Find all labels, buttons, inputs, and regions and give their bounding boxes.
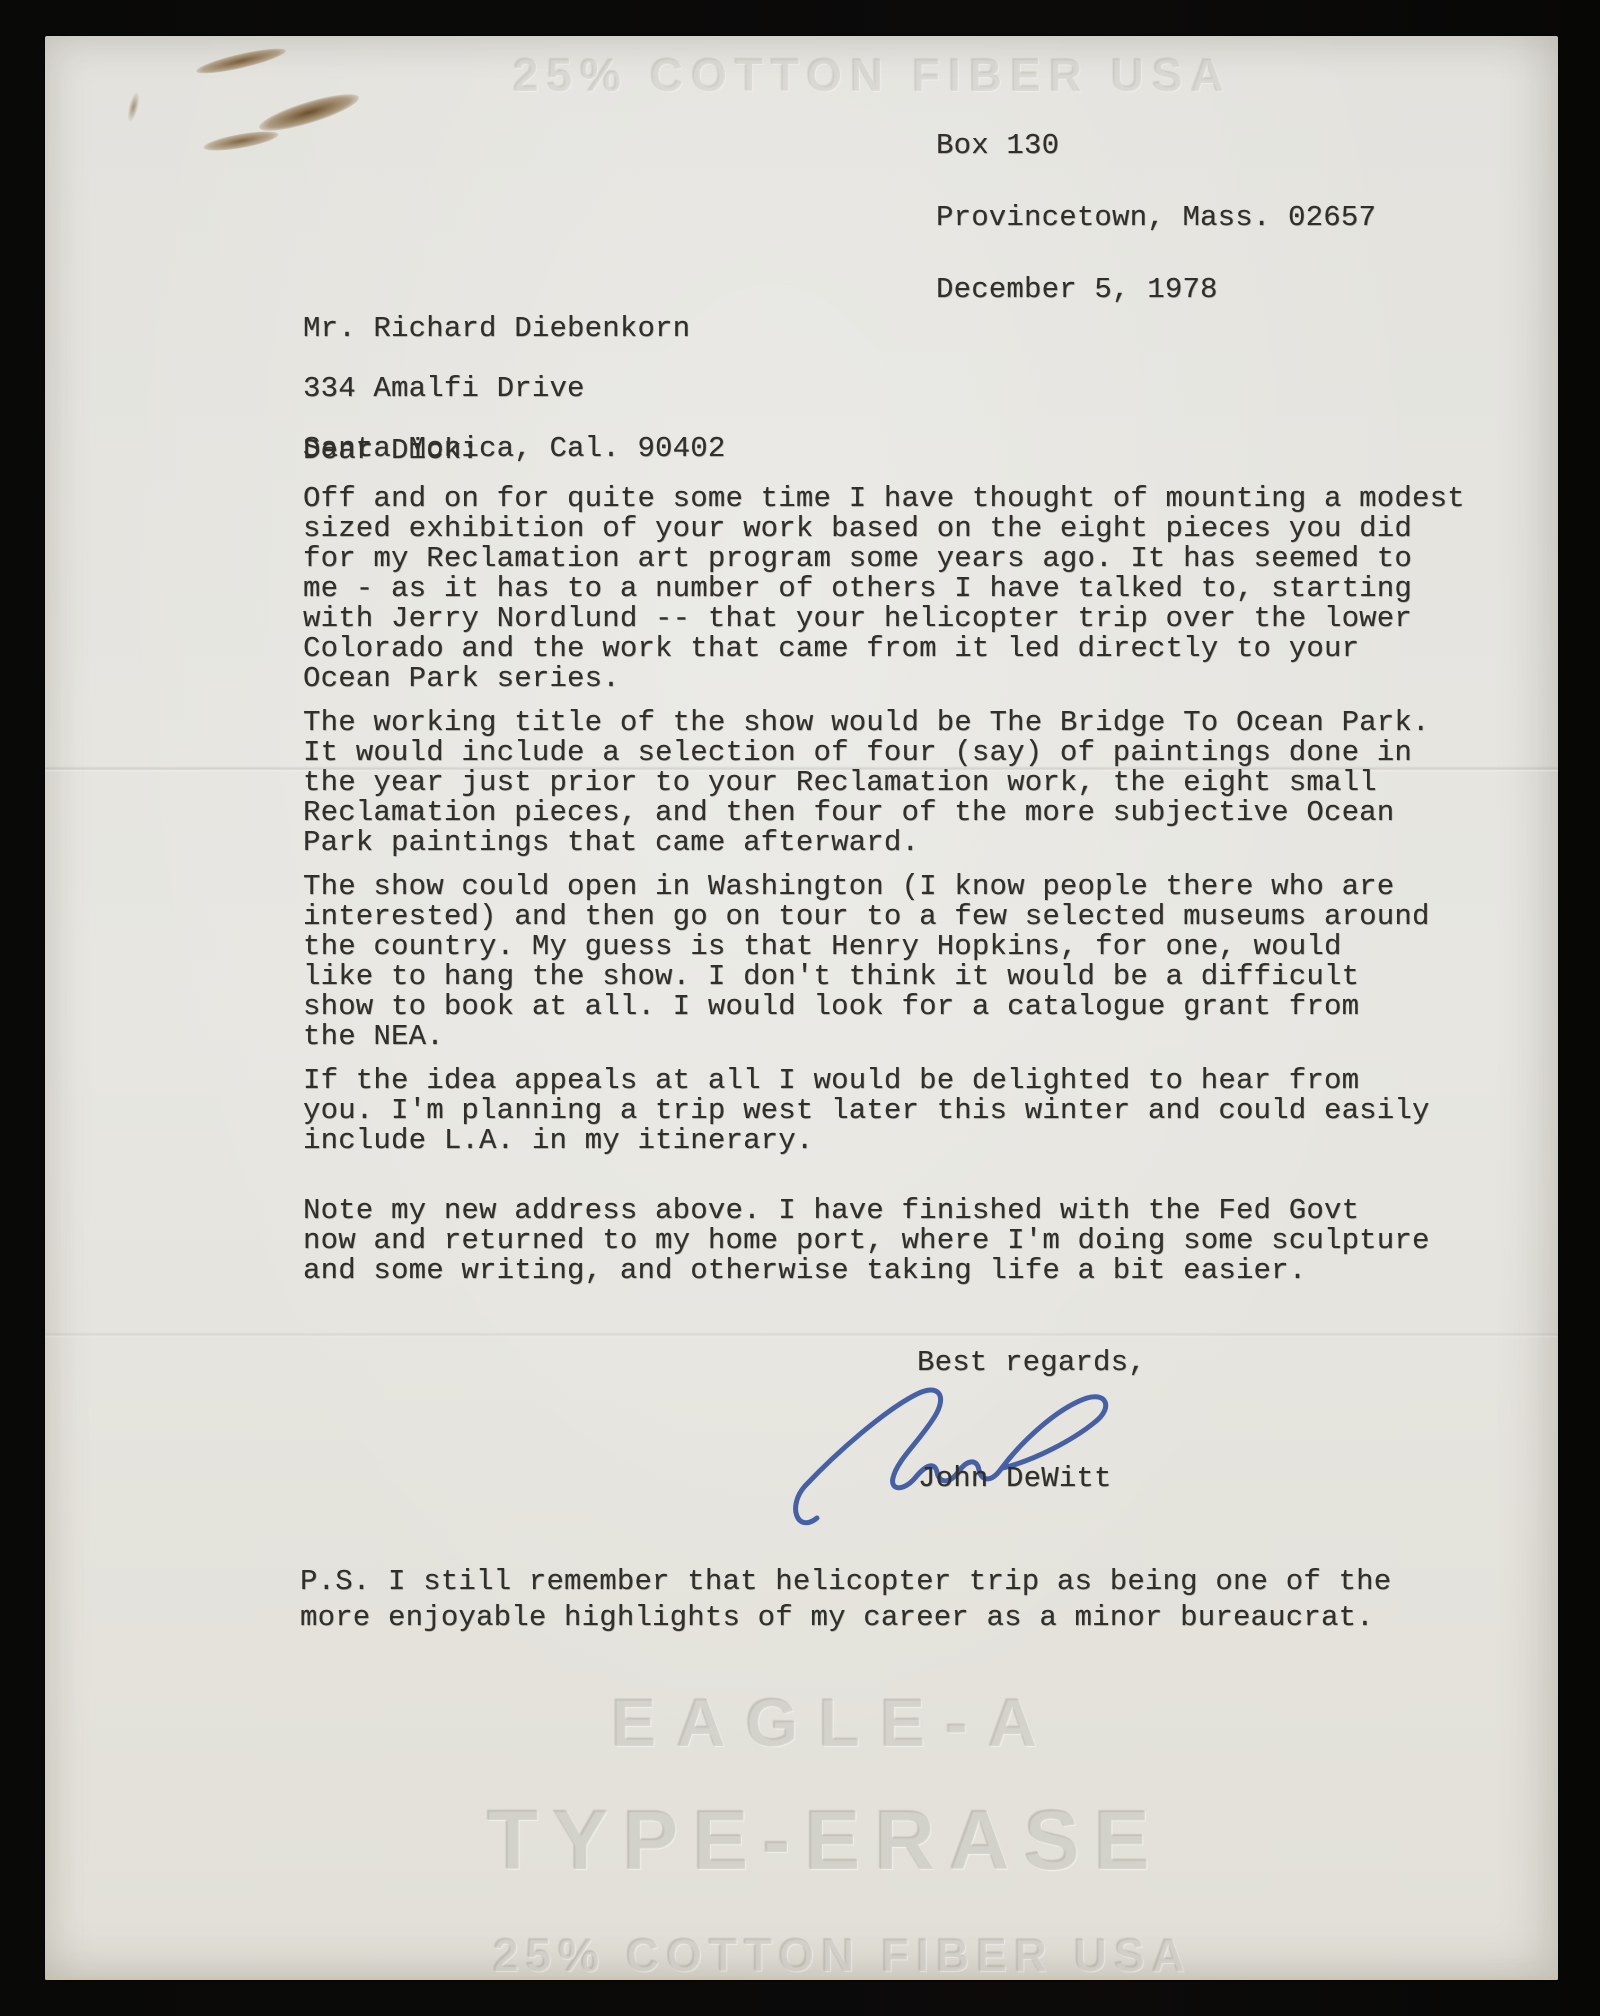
sender-line-box: Box 130 [936, 128, 1376, 164]
body-paragraph-4: If the idea appeals at all I would be de… [303, 1066, 1430, 1156]
recipient-street: 334 Amalfi Drive [303, 374, 725, 404]
recipient-name: Mr. Richard Diebenkorn [303, 314, 725, 344]
stain-mark [202, 128, 279, 155]
sender-line-date: December 5, 1978 [936, 272, 1376, 308]
body-paragraph-3: The show could open in Washington (I kno… [303, 872, 1430, 1052]
body-paragraph-1: Off and on for quite some time I have th… [303, 484, 1465, 694]
letter-page: 25% COTTON FIBER USA Box 130 Provincetow… [45, 36, 1558, 1980]
sender-address-block: Box 130 Provincetown, Mass. 02657 Decemb… [936, 92, 1376, 344]
body-paragraph-5: Note my new address above. I have finish… [303, 1196, 1430, 1286]
body-paragraph-2: The working title of the show would be T… [303, 708, 1430, 858]
stain-mark [256, 87, 362, 137]
watermark-type-erase: TYPE-ERASE [487, 1792, 1164, 1889]
watermark-eagle-a: EAGLE-A [611, 1684, 1057, 1762]
stain-mark [126, 91, 142, 122]
fold-crease [45, 1332, 1558, 1338]
typed-name: John DeWitt [918, 1464, 1112, 1494]
photo-background: 25% COTTON FIBER USA Box 130 Provincetow… [0, 0, 1600, 2016]
stain-mark [195, 44, 288, 78]
watermark-bottom-cotton-fiber: 25% COTTON FIBER USA [493, 1928, 1192, 1982]
postscript: P.S. I still remember that helicopter tr… [300, 1564, 1391, 1636]
salutation: Dear Dick: [303, 436, 479, 466]
sender-line-city: Provincetown, Mass. 02657 [936, 200, 1376, 236]
handwritten-signature [787, 1366, 1127, 1541]
